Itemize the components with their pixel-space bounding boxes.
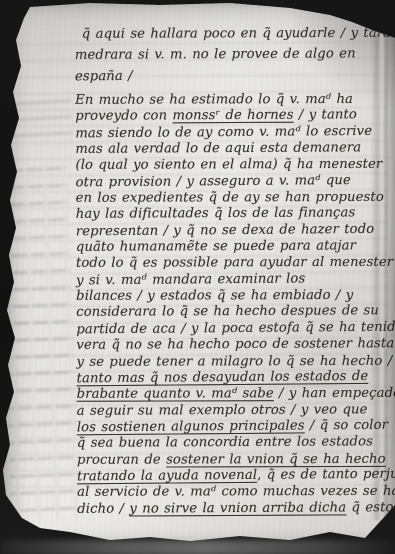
manuscript-line: mas ala verdad lo de aqui esta demanera (75, 140, 393, 158)
line-text: y se puede tener a milagro lo q̃ se ha h… (76, 353, 392, 369)
ink-bleedthrough-left-margin (0, 167, 80, 521)
line-text: hay las dificultades q̃ los de las finan… (76, 206, 356, 222)
line-text: q̃ aqui se hallara poco en q̃ ayudarle /… (82, 26, 395, 42)
underlined-text: tanto mas q̃ nos desayudan los estados d… (77, 369, 369, 386)
manuscript-line: y se puede tener a milagro lo q̃ se ha h… (76, 353, 394, 370)
underlined-text: los sostienen algunos principales (77, 418, 305, 435)
line-text: partida de aca / y la poca estofa q̃ se … (76, 319, 395, 337)
manuscript-line: al servicio de v. maᵈ como muchas vezes … (77, 484, 395, 501)
manuscript-line: representan / y q̃ no se dexa de hazer t… (76, 221, 394, 240)
line-text: medrara si v. m. no le provee de algo en (75, 46, 356, 62)
line-text: (lo qual yo siento en el alma) q̃ ha men… (75, 157, 382, 173)
line-text: y si v. maᵈ mandara examinar los (76, 271, 305, 288)
line-text: bilances / y estados q̃ se ha embiado / … (76, 288, 353, 304)
line-text: / q̃ so color (305, 418, 389, 434)
line-text: mas siendo lo de ay como v. maᵈ lo escri… (75, 124, 372, 141)
manuscript-line: a seguir su mal exemplo otros / y veo qu… (77, 402, 395, 420)
line-text: representan / y q̃ no se dexa de hazer t… (76, 222, 375, 240)
underlined-text: monssʳ de hornes (172, 108, 293, 124)
underlined-text: tratando la ayuda novenal (77, 468, 257, 485)
ink-bleedthrough-top-left (7, 90, 74, 145)
manuscript-page: q̃ aqui se hallara poco en q̃ ayudarle /… (0, 0, 395, 554)
underlined-text: y no sirve la vnion arriba dicha (129, 500, 346, 516)
manuscript-line: proveydo con monssʳ de hornes / y tanto (75, 108, 393, 126)
line-text: procuran de (77, 452, 166, 467)
manuscript-line: considerara lo q̃ se ha hecho despues de… (76, 304, 394, 322)
line-text: proveydo con (75, 109, 172, 125)
line-text: a seguir su mal exemplo otros / y veo qu… (77, 402, 368, 419)
line-text: vera q̃ no se ha hecho poco de sostener … (76, 336, 395, 353)
line-text: otra provision / y asseguro a v. maᵈ que (75, 173, 350, 190)
line-text: considerara lo q̃ se ha hecho despues de… (76, 304, 379, 321)
manuscript-line: dicho / y no sirve la vnion arriba dicha… (77, 500, 395, 518)
line-text: al servicio de v. maᵈ como muchas vezes … (77, 484, 395, 500)
scan-table-edge (0, 540, 395, 554)
manuscript-paragraph-1: q̃ aqui se hallara poco en q̃ ayudarle /… (75, 22, 393, 87)
manuscript-line: todo lo q̃ es possible para ayudar al me… (76, 255, 394, 272)
line-text: , q̃ es de tanto perjuyzio (257, 466, 395, 482)
line-text: dicho / (77, 501, 129, 516)
manuscript-line: (lo qual yo siento en el alma) q̃ ha men… (75, 157, 393, 174)
line-text: quãto humanamẽte se puede para atajar (76, 238, 356, 254)
manuscript-line: quãto humanamẽte se puede para atajar (76, 238, 394, 256)
line-text: q̃ estos (346, 500, 395, 515)
manuscript-scan: q̃ aqui se hallara poco en q̃ ayudarle /… (0, 0, 395, 554)
manuscript-line: en los expedientes q̃ de ay se han propu… (76, 190, 394, 207)
line-text: españa / (75, 69, 133, 84)
manuscript-line: y si v. maᵈ mandara examinar los (76, 270, 394, 289)
manuscript-line: tratando la ayuda novenal, q̃ es de tant… (77, 467, 395, 486)
manuscript-line: bilances / y estados q̃ se ha embiado / … (76, 288, 394, 305)
manuscript-line: mas siendo lo de ay como v. maᵈ lo escri… (75, 123, 393, 142)
manuscript-line: q̃ sea buena la concordia entre los esta… (77, 434, 395, 452)
manuscript-line: q̃ aqui se hallara poco en q̃ ayudarle /… (75, 23, 393, 45)
line-text: / y tanto (294, 108, 357, 123)
manuscript-line: partida de aca / y la poca estofa q̃ se … (76, 319, 394, 338)
manuscript-line: españa / (75, 64, 393, 88)
underlined-text: sostener la vnion q̃ se ha hecho (166, 451, 386, 467)
line-text: mas ala verdad lo de aqui esta demanera (75, 140, 361, 156)
underlined-text: brabante quanto v. maᵈ sabe (77, 386, 274, 402)
line-text: en los expedientes q̃ de ay se han propu… (76, 190, 384, 206)
line-text: todo lo q̃ es possible para ayudar al me… (76, 255, 393, 271)
manuscript-line: vera q̃ no se ha hecho poco de sostener … (76, 336, 394, 354)
manuscript-line: En mucho se ha estimado lo q̃ v. maᵈ ha (75, 92, 393, 109)
line-text: En mucho se ha estimado lo q̃ v. maᵈ ha (75, 92, 353, 108)
line-text: q̃ sea buena la concordia entre los esta… (77, 434, 373, 451)
manuscript-line: medrara si v. m. no le provee de algo en (75, 43, 393, 66)
manuscript-text: q̃ aqui se hallara poco en q̃ ayudarle /… (75, 22, 395, 518)
manuscript-line: brabante quanto v. maᵈ sabe / y han empe… (77, 386, 395, 403)
manuscript-line: los sostienen algunos principales / q̃ s… (77, 418, 395, 437)
manuscript-paragraph-2: En mucho se ha estimado lo q̃ v. maᵈ ha … (75, 91, 395, 518)
manuscript-line: otra provision / y asseguro a v. maᵈ que (75, 172, 393, 191)
manuscript-line: hay las dificultades q̃ los de las finan… (76, 206, 394, 224)
manuscript-line: tanto mas q̃ nos desayudan los estados d… (77, 369, 395, 388)
line-text: / y han empeçado (274, 386, 395, 401)
